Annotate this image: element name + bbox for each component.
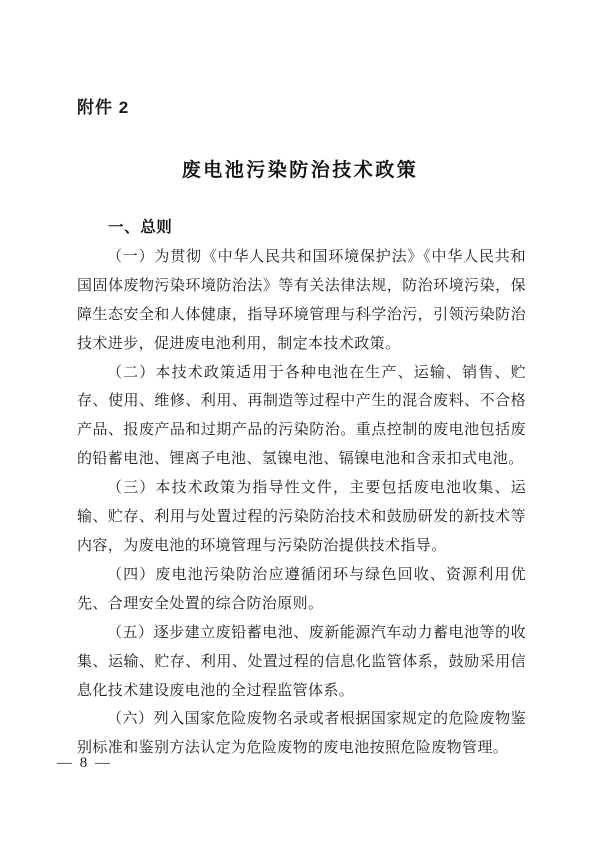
paragraph-2: （二）本技术政策适用于各种电池在生产、运输、销售、贮存、使用、维修、利用、再制造… <box>77 359 526 475</box>
paragraph-4: （四）废电池污染防治应遵循闭环与绿色回收、资源利用优先、合理安全处置的综合防治原… <box>77 561 526 619</box>
document-page: 附件 2 废电池污染防治技术政策 一、总则 （一）为贯彻《中华人民共和国环境保护… <box>0 0 600 848</box>
attachment-label: 附件 2 <box>77 93 129 118</box>
paragraph-5: （五）逐步建立废铅蓄电池、废新能源汽车动力蓄电池等的收集、运输、贮存、利用、处置… <box>77 619 526 706</box>
paragraph-6: （六）列入国家危险废物名录或者根据国家规定的危险废物鉴别标准和鉴别方法认定为危险… <box>77 705 526 763</box>
page-number: — 8 — <box>57 755 112 772</box>
document-body: 一、总则 （一）为贯彻《中华人民共和国环境保护法》《中华人民共和国固体废物污染环… <box>77 214 526 763</box>
document-title: 废电池污染防治技术政策 <box>0 155 600 182</box>
paragraph-1: （一）为贯彻《中华人民共和国环境保护法》《中华人民共和国固体废物污染环境防治法》… <box>77 243 526 359</box>
paragraph-3: （三）本技术政策为指导性文件，主要包括废电池收集、运输、贮存、利用与处置过程的污… <box>77 474 526 561</box>
section-heading: 一、总则 <box>77 214 526 243</box>
